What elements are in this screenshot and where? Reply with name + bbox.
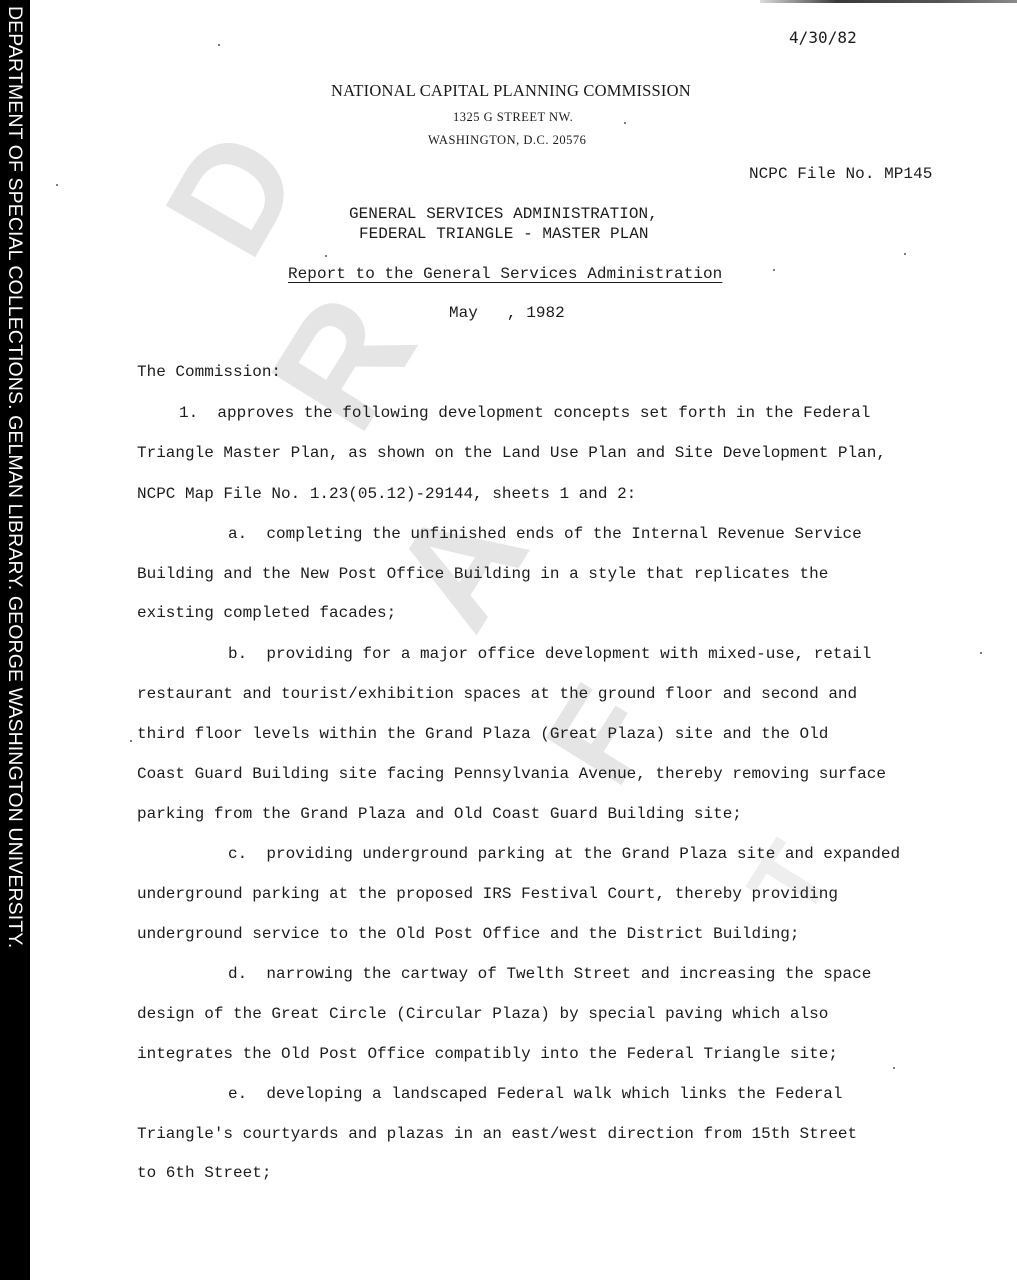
item-b-line: b. providing for a major office developm…	[228, 645, 871, 663]
watermark-letter-r: R	[244, 271, 441, 454]
item-b-line: third floor levels within the Grand Plaz…	[137, 725, 828, 743]
date-stamp: 4/30/82	[789, 28, 857, 47]
item-e-line: Triangle's courtyards and plazas in an e…	[137, 1125, 857, 1143]
letterhead-city: WASHINGTON, D.C. 20576	[428, 133, 586, 148]
archive-spine-text: DEPARTMENT OF SPECIAL COLLECTIONS. GELMA…	[5, 6, 25, 948]
scan-speck	[325, 255, 327, 257]
scan-speck	[773, 269, 775, 271]
letterhead-street: 1325 G STREET NW.	[453, 110, 573, 125]
scan-speck	[904, 253, 906, 255]
letterhead-organization: NATIONAL CAPITAL PLANNING COMMISSION	[331, 81, 691, 101]
item-a-line: existing completed facades;	[137, 604, 396, 622]
item-d-line: integrates the Old Post Office compatibl…	[137, 1045, 838, 1063]
item-a-line: a. completing the unfinished ends of the…	[228, 525, 862, 543]
item-1-line: Triangle Master Plan, as shown on the La…	[137, 444, 886, 462]
item-d-line: d. narrowing the cartway of Twelth Stree…	[228, 965, 871, 983]
file-number: NCPC File No. MP145	[749, 165, 932, 183]
item-e-line: to 6th Street;	[137, 1164, 271, 1182]
scan-speck	[218, 44, 220, 46]
item-1-line: 1. approves the following development co…	[179, 404, 870, 422]
subject-line-project: FEDERAL TRIANGLE - MASTER PLAN	[359, 225, 649, 243]
item-c-line: underground parking at the proposed IRS …	[137, 885, 838, 903]
item-d-line: design of the Great Circle (Circular Pla…	[137, 1005, 828, 1023]
subject-line-agency: GENERAL SERVICES ADMINISTRATION,	[349, 205, 658, 223]
scan-speck	[980, 652, 982, 654]
body-intro: The Commission:	[137, 363, 281, 381]
scan-speck	[56, 184, 58, 186]
item-c-line: underground service to the Old Post Offi…	[137, 925, 800, 943]
scan-speck	[130, 740, 132, 742]
scan-speck	[624, 122, 626, 124]
item-b-line: restaurant and tourist/exhibition spaces…	[137, 685, 857, 703]
watermark-letter-d: D	[140, 109, 324, 278]
item-e-line: e. developing a landscaped Federal walk …	[228, 1085, 843, 1103]
item-1-line: NCPC Map File No. 1.23(05.12)-29144, she…	[137, 485, 636, 503]
item-b-line: Coast Guard Building site facing Pennsyl…	[137, 765, 886, 783]
archive-spine-banner: DEPARTMENT OF SPECIAL COLLECTIONS. GELMA…	[0, 0, 30, 1280]
report-title: Report to the General Services Administr…	[288, 265, 722, 283]
item-b-line: parking from the Grand Plaza and Old Coa…	[137, 805, 742, 823]
watermark-letter-t: T	[732, 828, 849, 933]
scan-speck	[893, 1067, 895, 1069]
report-date: May , 1982	[449, 304, 565, 322]
item-c-line: c. providing underground parking at the …	[228, 845, 900, 863]
scan-artifact-line	[760, 0, 1017, 3]
item-a-line: Building and the New Post Office Buildin…	[137, 565, 828, 583]
